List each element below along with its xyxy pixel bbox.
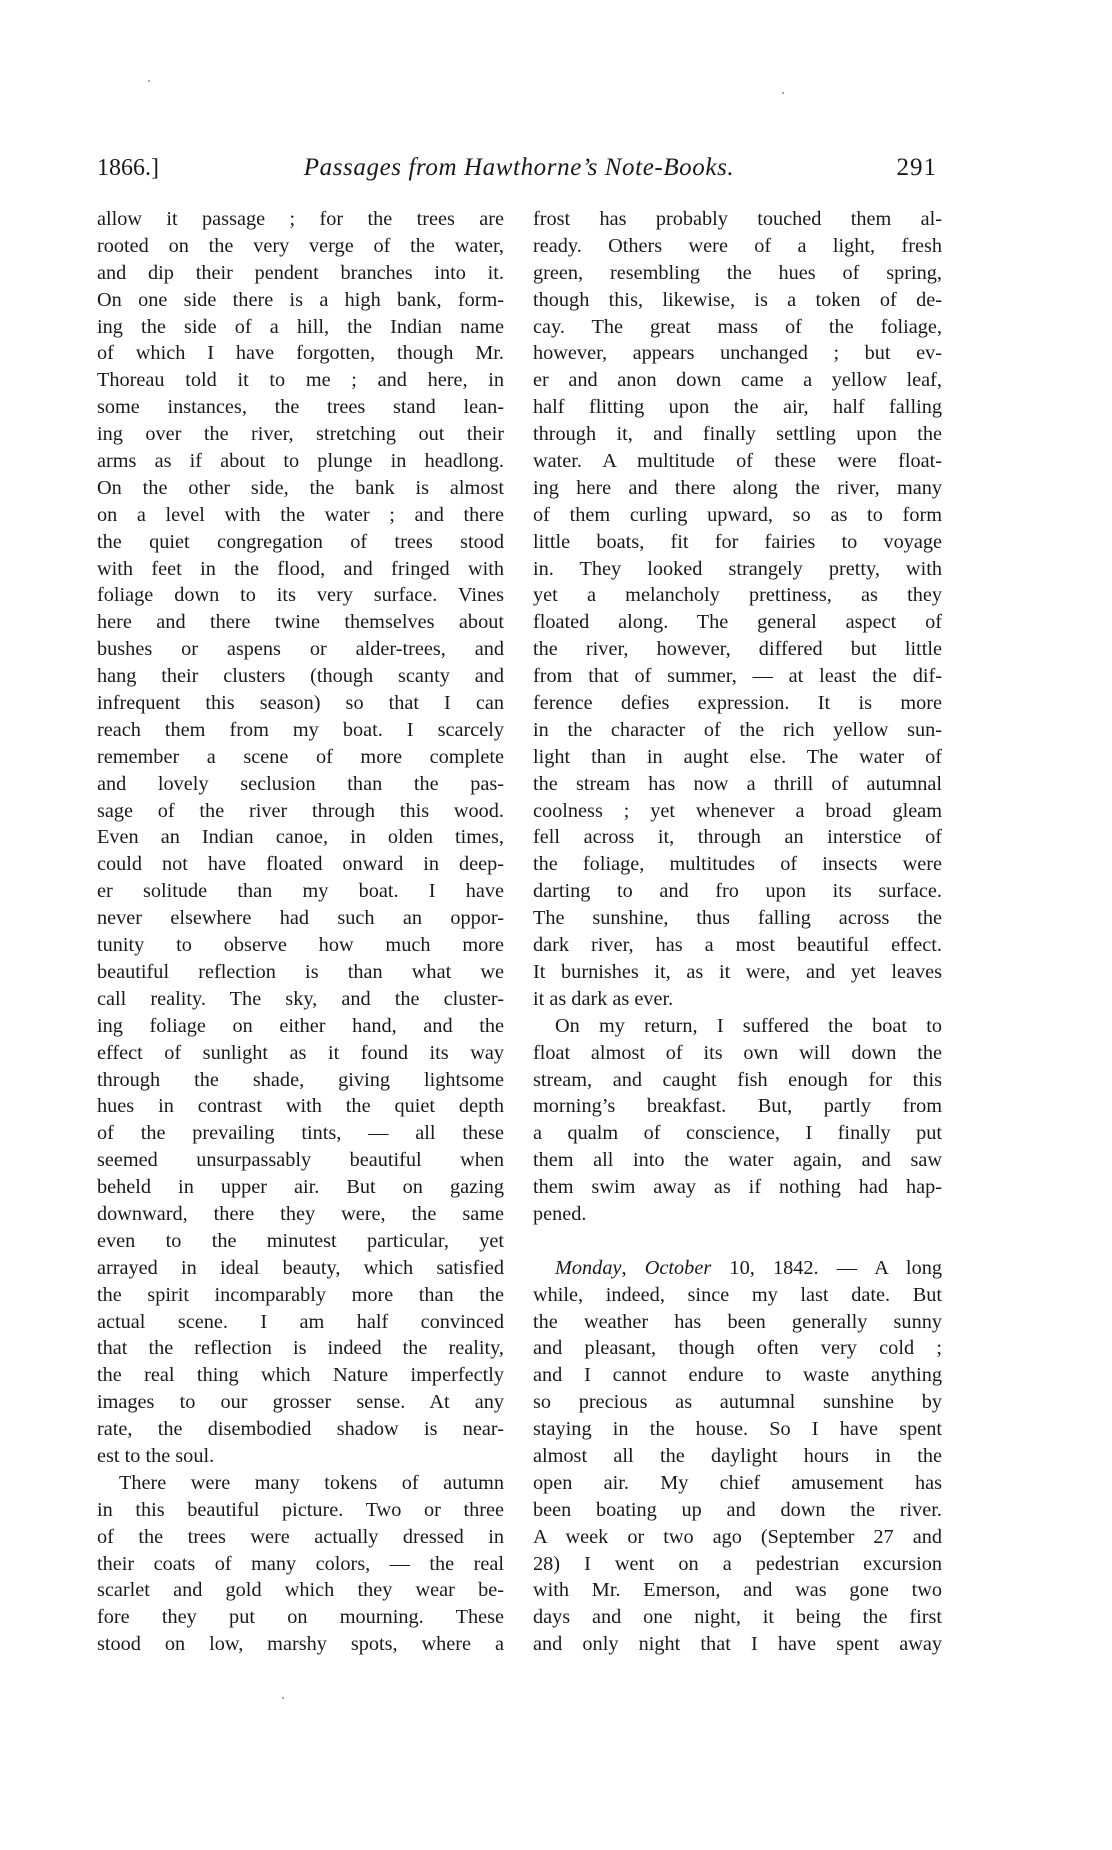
text-line: ference defies expression. It is more [533,690,942,717]
text-line: light than in aught else. The water of [533,744,942,771]
text-line: of the trees were actually dressed in [97,1524,504,1551]
text-line: the spirit incomparably more than the [97,1282,504,1309]
text-line: beautiful reflection is than what we [97,959,504,986]
text-line: dark river, has a most beautiful effect. [533,932,942,959]
text-line: effect of sunlight as it found its way [97,1040,504,1067]
text-line: the real thing which Nature imperfectly [97,1362,504,1389]
text-line: through it, and finally settling upon th… [533,421,942,448]
text-line: tunity to observe how much more [97,932,504,959]
text-line: It burnishes it, as it were, and yet lea… [533,959,942,986]
text-line: staying in the house. So I have spent [533,1416,942,1443]
text-line: bushes or aspens or alder-trees, and [97,636,504,663]
text-line: and only night that I have spent away [533,1631,942,1658]
text-line: with feet in the flood, and fringed with [97,556,504,583]
text-line: a qualm of conscience, I finally put [533,1120,942,1147]
text-line: scarlet and gold which they wear be- [97,1577,504,1604]
text-line: call reality. The sky, and the cluster- [97,986,504,1013]
text-line: some instances, the trees stand lean- [97,394,504,421]
text-line: them all into the water again, and saw [533,1147,942,1174]
dated-entry-heading: Monday, October 10, 1842. — A long [533,1255,942,1282]
text-line: coolness ; yet whenever a broad gleam [533,798,942,825]
text-line: sage of the river through this wood. [97,798,504,825]
text-line: in this beautiful picture. Two or three [97,1497,504,1524]
paragraph-start-line: There were many tokens of autumn [97,1470,504,1497]
book-page: 1866.] Passages from Hawthorne’s Note-Bo… [0,0,1112,1850]
section-gap [533,1228,942,1255]
text-line: them swim away as if nothing had hap- [533,1174,942,1201]
text-line: the river, however, differed but little [533,636,942,663]
text-line: rate, the disembodied shadow is near- [97,1416,504,1443]
text-line: of which I have forgotten, though Mr. [97,340,504,367]
text-line: frost has probably touched them al- [533,206,942,233]
text-line: the stream has now a thrill of autumnal [533,771,942,798]
left-column: allow it passage ; for the trees are roo… [97,206,504,1658]
text-line: half flitting upon the air, half falling [533,394,942,421]
text-line: from that of summer, — at least the dif- [533,663,942,690]
text-line: arrayed in ideal beauty, which satisfied [97,1255,504,1282]
text-line: and pleasant, though often very cold ; [533,1335,942,1362]
text-line: ready. Others were of a light, fresh [533,233,942,260]
text-line: A week or two ago (September 27 and [533,1524,942,1551]
text-line: images to our grosser sense. At any [97,1389,504,1416]
paragraph-start-line: On my return, I suffered the boat to [533,1013,942,1040]
text-line: beheld in upper air. But on gazing [97,1174,504,1201]
text-line: actual scene. I am half convinced [97,1309,504,1336]
text-line: floated along. The general aspect of [533,609,942,636]
text-line: On the other side, the bank is almost [97,475,504,502]
text-line: pened. [533,1201,942,1228]
text-line: The sunshine, thus falling across the [533,905,942,932]
text-line: the quiet congregation of trees stood [97,529,504,556]
text-line: of the prevailing tints, — all these [97,1120,504,1147]
text-line: while, indeed, since my last date. But [533,1282,942,1309]
text-line: through the shade, giving lightsome [97,1067,504,1094]
text-line: yet a melancholy prettiness, as they [533,582,942,609]
text-line: of them curling upward, so as to form [533,502,942,529]
text-line: in the character of the rich yellow sun- [533,717,942,744]
text-line: open air. My chief amusement has [533,1470,942,1497]
text-line: here and there twine themselves about [97,609,504,636]
text-line: even to the minutest particular, yet [97,1228,504,1255]
text-line: est to the soul. [97,1443,504,1470]
text-line: On one side there is a high bank, form- [97,287,504,314]
text-line: that the reflection is indeed the realit… [97,1335,504,1362]
text-line: hues in contrast with the quiet depth [97,1093,504,1120]
text-line: days and one night, it being the first [533,1604,942,1631]
paper-speck [148,80,150,82]
text-line: darting to and fro upon its surface. [533,878,942,905]
text-line: seemed unsurpassably beautiful when [97,1147,504,1174]
text-line: could not have floated onward in deep- [97,851,504,878]
text-line: stream, and caught fish enough for this [533,1067,942,1094]
text-line: water. A multitude of these were float- [533,448,942,475]
text-line: fore they put on mourning. These [97,1604,504,1631]
text-line: er and anon down came a yellow leaf, [533,367,942,394]
text-line: though this, likewise, is a token of de- [533,287,942,314]
text-line: Even an Indian canoe, in olden times, [97,824,504,851]
text-line: never elsewhere had such an oppor- [97,905,504,932]
running-head: 1866.] Passages from Hawthorne’s Note-Bo… [97,152,941,184]
text-line: cay. The great mass of the foliage, [533,314,942,341]
text-line: almost all the daylight hours in the [533,1443,942,1470]
text-line: hang their clusters (though scanty and [97,663,504,690]
text-line: arms as if about to plunge in headlong. [97,448,504,475]
text-line: allow it passage ; for the trees are [97,206,504,233]
paper-speck [282,1697,284,1699]
text-line: little boats, fit for fairies to voyage [533,529,942,556]
text-line: in. They looked strangely pretty, with [533,556,942,583]
text-line: ing foliage on either hand, and the [97,1013,504,1040]
text-line: Thoreau told it to me ; and here, in [97,367,504,394]
paper-speck [782,92,784,94]
entry-date-rest: 10, 1842. — A long [711,1257,942,1279]
text-line: downward, there they were, the same [97,1201,504,1228]
text-line: rooted on the very verge of the water, [97,233,504,260]
text-line: fell across it, through an interstice of [533,824,942,851]
text-line: so precious as autumnal sunshine by [533,1389,942,1416]
text-line: it as dark as ever. [533,986,942,1013]
text-line: their coats of many colors, — the real [97,1551,504,1578]
text-line: er solitude than my boat. I have [97,878,504,905]
entry-month: October [645,1257,711,1279]
text-line: however, appears unchanged ; but ev- [533,340,942,367]
text-line: been boating up and down the river. [533,1497,942,1524]
text-line: remember a scene of more complete [97,744,504,771]
text-line: stood on low, marshy spots, where a [97,1631,504,1658]
running-head-title: Passages from Hawthorne’s Note-Books. [272,152,766,184]
text-line: 28) I went on a pedestrian excursion [533,1551,942,1578]
entry-weekday: Monday [555,1257,621,1279]
running-head-year: 1866.] [97,152,159,184]
text-line: ing the side of a hill, the Indian name [97,314,504,341]
page-number: 291 [897,152,938,184]
text-line: infrequent this season) so that I can [97,690,504,717]
text-line: float almost of its own will down the [533,1040,942,1067]
right-column: frost has probably touched them al- read… [533,206,942,1658]
text-line: green, resembling the hues of spring, [533,260,942,287]
text-line: with Mr. Emerson, and was gone two [533,1577,942,1604]
text-line: the foliage, multitudes of insects were [533,851,942,878]
text-line: reach them from my boat. I scarcely [97,717,504,744]
text-line: and I cannot endure to waste anything [533,1362,942,1389]
text-line: and lovely seclusion than the pas- [97,771,504,798]
text-line: the weather has been generally sunny [533,1309,942,1336]
text-line: foliage down to its very surface. Vines [97,582,504,609]
text-line: ing here and there along the river, many [533,475,942,502]
text-line: and dip their pendent branches into it. [97,260,504,287]
text-line: ing over the river, stretching out their [97,421,504,448]
text-line: on a level with the water ; and there [97,502,504,529]
text-line: morning’s breakfast. But, partly from [533,1093,942,1120]
